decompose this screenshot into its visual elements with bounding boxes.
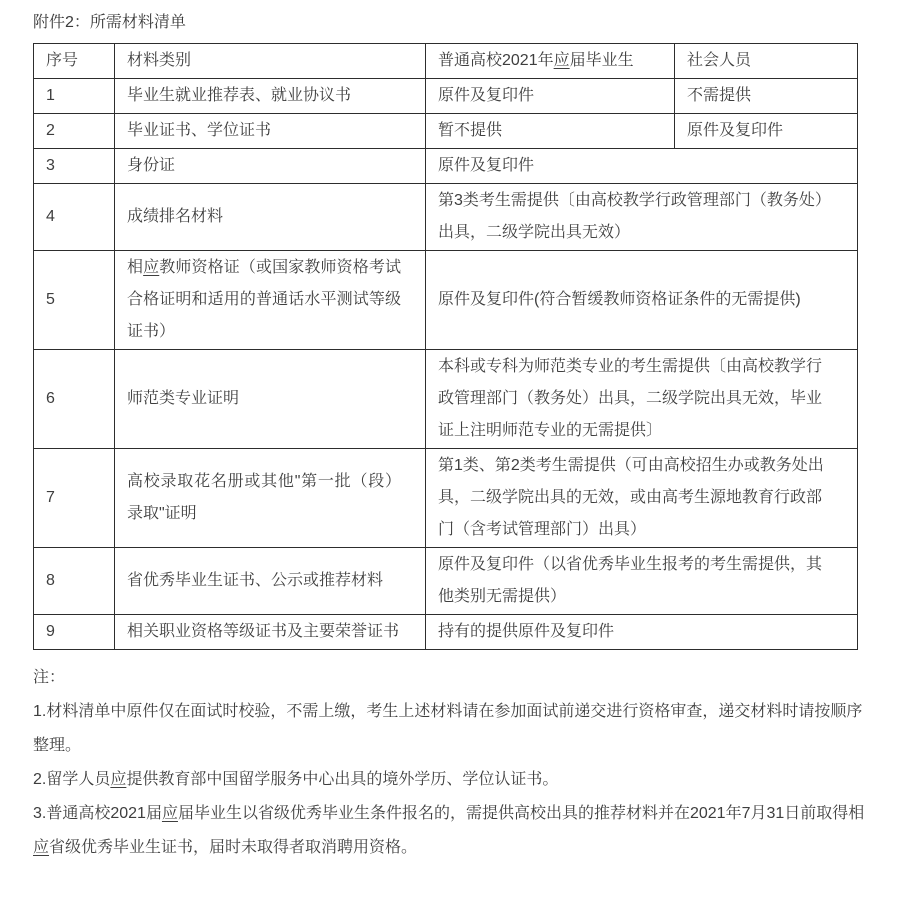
row-number-cell: 2 (34, 114, 115, 149)
row-number-cell: 6 (34, 350, 115, 449)
table-row: 3身份证原件及复印件 (34, 149, 858, 184)
row-number-cell: 9 (34, 615, 115, 650)
category-cell: 高校录取花名册或其他"第一批（段）录取"证明 (115, 449, 426, 548)
table-header: 序号材料类别普通高校2021年应届毕业生社会人员 (34, 44, 858, 79)
category-cell: 师范类专业证明 (115, 350, 426, 449)
value-cell: 原件及复印件 (426, 149, 858, 184)
value-cell: 第3类考生需提供〔由高校教学行政管理部门（教务处）出具，二级学院出具无效） (426, 184, 858, 251)
value-cell: 原件及复印件 (426, 79, 675, 114)
table-row: 1毕业生就业推荐表、就业协议书原件及复印件不需提供 (34, 79, 858, 114)
value-cell: 持有的提供原件及复印件 (426, 615, 858, 650)
table-header-cell: 序号 (34, 44, 115, 79)
table-row: 8省优秀毕业生证书、公示或推荐材料原件及复印件（以省优秀毕业生报考的考生需提供，… (34, 548, 858, 615)
row-number-cell: 1 (34, 79, 115, 114)
category-cell: 毕业生就业推荐表、就业协议书 (115, 79, 426, 114)
attachment-title: 附件2：所需材料清单 (33, 12, 863, 34)
notes-section: 注： 1.材料清单中原件仅在面试时校验，不需上缴，考生上述材料请在参加面试前递交… (33, 661, 869, 865)
table-row: 2毕业证书、学位证书暂不提供原件及复印件 (34, 114, 858, 149)
materials-table: 序号材料类别普通高校2021年应届毕业生社会人员 1毕业生就业推荐表、就业协议书… (33, 43, 858, 650)
value-cell: 本科或专科为师范类专业的考生需提供〔由高校教学行政管理部门（教务处）出具，二级学… (426, 350, 858, 449)
value-cell: 原件及复印件 (675, 114, 858, 149)
table-header-cell: 普通高校2021年应届毕业生 (426, 44, 675, 79)
note-item: 2.留学人员应提供教育部中国留学服务中心出具的境外学历、学位认证书。 (33, 763, 869, 797)
row-number-cell: 3 (34, 149, 115, 184)
category-cell: 相应教师资格证（或国家教师资格考试合格证明和适用的普通话水平测试等级证书） (115, 251, 426, 350)
value-cell: 原件及复印件(符合暂缓教师资格证条件的无需提供) (426, 251, 858, 350)
row-number-cell: 7 (34, 449, 115, 548)
table-header-cell: 社会人员 (675, 44, 858, 79)
category-cell: 成绩排名材料 (115, 184, 426, 251)
table-row: 6师范类专业证明本科或专科为师范类专业的考生需提供〔由高校教学行政管理部门（教务… (34, 350, 858, 449)
value-cell: 第1类、第2类考生需提供（可由高校招生办或教务处出具，二级学院出具的无效，或由高… (426, 449, 858, 548)
notes-label: 注： (33, 661, 869, 695)
document-page: 附件2：所需材料清单 序号材料类别普通高校2021年应届毕业生社会人员 1毕业生… (0, 0, 903, 865)
value-cell: 暂不提供 (426, 114, 675, 149)
value-cell: 不需提供 (675, 79, 858, 114)
row-number-cell: 8 (34, 548, 115, 615)
category-cell: 身份证 (115, 149, 426, 184)
category-cell: 毕业证书、学位证书 (115, 114, 426, 149)
table-body: 1毕业生就业推荐表、就业协议书原件及复印件不需提供2毕业证书、学位证书暂不提供原… (34, 79, 858, 650)
table-row: 7高校录取花名册或其他"第一批（段）录取"证明第1类、第2类考生需提供（可由高校… (34, 449, 858, 548)
table-row: 9相关职业资格等级证书及主要荣誉证书持有的提供原件及复印件 (34, 615, 858, 650)
table-header-row: 序号材料类别普通高校2021年应届毕业生社会人员 (34, 44, 858, 79)
row-number-cell: 5 (34, 251, 115, 350)
note-item: 1.材料清单中原件仅在面试时校验，不需上缴，考生上述材料请在参加面试前递交进行资… (33, 695, 869, 763)
notes-list: 1.材料清单中原件仅在面试时校验，不需上缴，考生上述材料请在参加面试前递交进行资… (33, 695, 869, 865)
value-cell: 原件及复印件（以省优秀毕业生报考的考生需提供，其他类别无需提供） (426, 548, 858, 615)
table-row: 5相应教师资格证（或国家教师资格考试合格证明和适用的普通话水平测试等级证书）原件… (34, 251, 858, 350)
note-item: 3.普通高校2021届应届毕业生以省级优秀毕业生条件报名的，需提供高校出具的推荐… (33, 797, 869, 865)
category-cell: 省优秀毕业生证书、公示或推荐材料 (115, 548, 426, 615)
table-header-cell: 材料类别 (115, 44, 426, 79)
table-row: 4成绩排名材料第3类考生需提供〔由高校教学行政管理部门（教务处）出具，二级学院出… (34, 184, 858, 251)
row-number-cell: 4 (34, 184, 115, 251)
category-cell: 相关职业资格等级证书及主要荣誉证书 (115, 615, 426, 650)
